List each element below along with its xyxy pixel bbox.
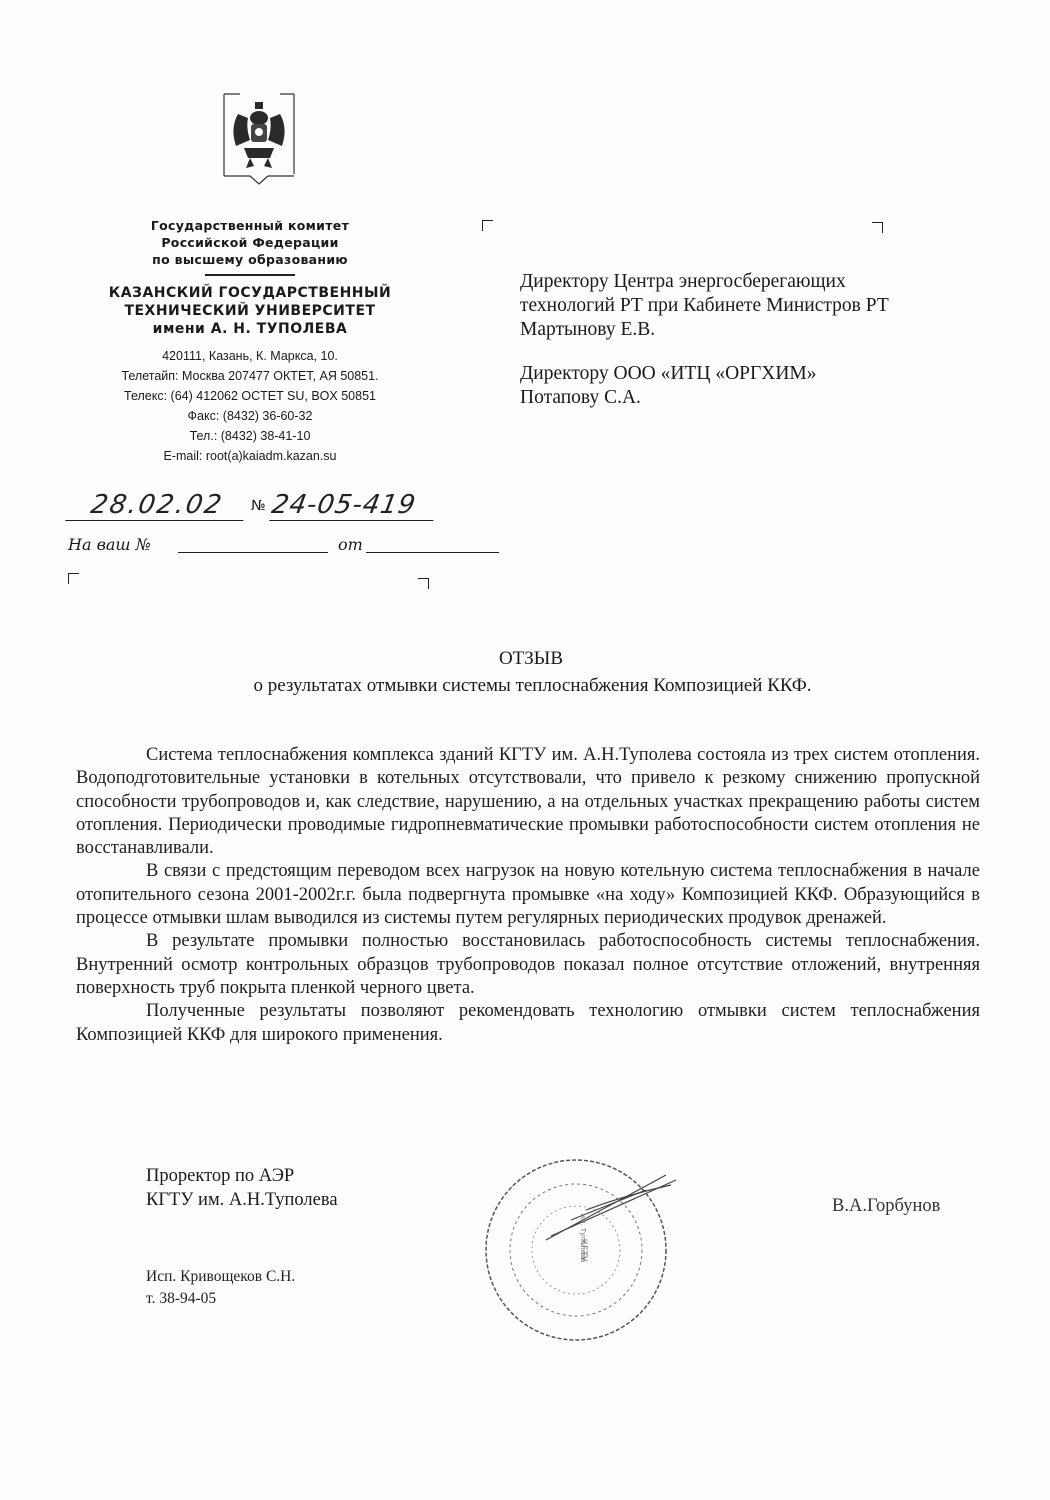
your-ref-label: На ваш №: [68, 535, 151, 554]
email: E-mail: root(a)kaiadm.kazan.su: [70, 446, 430, 466]
executor-name: Исп. Кривощеков С.Н.: [146, 1266, 295, 1288]
addressee-1: Директору Центра энергосберегающих техно…: [520, 270, 889, 342]
document-subtitle: о результатах отмывки системы теплоснабж…: [0, 673, 1050, 699]
svg-text:им. Туполева: им. Туполева: [579, 1214, 587, 1263]
corner-mark: [418, 578, 429, 589]
executor-phone: т. 38-94-05: [146, 1288, 295, 1310]
committee-line: по высшему образованию: [70, 251, 430, 268]
number-label: №: [251, 498, 266, 514]
executor-block: Исп. Кривощеков С.Н. т. 38-94-05: [146, 1266, 295, 1310]
postal-address: 420111, Казань, К. Маркса, 10.: [70, 346, 430, 366]
telex: Телекс: (64) 412062 OCTET SU, BOX 50851: [70, 386, 430, 406]
document-title: ОТЗЫВ: [0, 646, 1050, 672]
signer-name: В.А.Горбунов: [832, 1196, 940, 1217]
from-blank: [366, 552, 499, 553]
committee-line: Российской Федерации: [70, 234, 430, 251]
addressee-block: Директору Центра энергосберегающих техно…: [520, 270, 889, 430]
university-line: КАЗАНСКИЙ ГОСУДАРСТВЕННЫЙ: [70, 284, 430, 302]
paragraph: Полученные результаты позволяют рекоменд…: [76, 1000, 980, 1047]
university-line: ТЕХНИЧЕСКИЙ УНИВЕРСИТЕТ: [70, 302, 430, 320]
teletype: Телетайп: Москва 207477 ОКТЕТ, АЯ 50851.: [70, 366, 430, 386]
addressee-2: Директору ООО «ИТЦ «ОРГХИМ» Потапову С.А…: [520, 362, 889, 410]
document-body: Система теплоснабжения комплекса зданий …: [76, 744, 980, 1047]
corner-mark: [872, 222, 883, 233]
divider: [205, 274, 295, 276]
fax: Факс: (8432) 36-60-32: [70, 406, 430, 426]
coat-of-arms-icon: [220, 88, 298, 188]
outgoing-date: 28.02.02: [65, 490, 248, 521]
outgoing-number: 24-05-419: [269, 490, 438, 521]
signer-position: Проректор по АЭР КГТУ им. А.Н.Туполева: [146, 1164, 338, 1212]
paragraph: В результате промывки полностью восстано…: [76, 930, 980, 1000]
corner-mark: [68, 573, 79, 584]
paragraph: В связи с предстоящим переводом всех наг…: [76, 860, 980, 930]
incoming-reference: На ваш № от: [68, 535, 433, 557]
your-ref-blank: [178, 552, 328, 553]
university-line: имени А. Н. ТУПОЛЕВА: [70, 320, 430, 338]
from-label: от: [338, 535, 363, 554]
official-seal-icon: КГТУ им. Туполева: [476, 1150, 676, 1350]
outgoing-reference: 28.02.02 № 24-05-419: [68, 490, 438, 524]
letterhead: Государственный комитет Российской Федер…: [70, 217, 430, 466]
phone: Тел.: (8432) 38-41-10: [70, 426, 430, 446]
committee-line: Государственный комитет: [70, 217, 430, 234]
paragraph: Система теплоснабжения комплекса зданий …: [76, 744, 980, 860]
corner-mark: [482, 220, 493, 231]
